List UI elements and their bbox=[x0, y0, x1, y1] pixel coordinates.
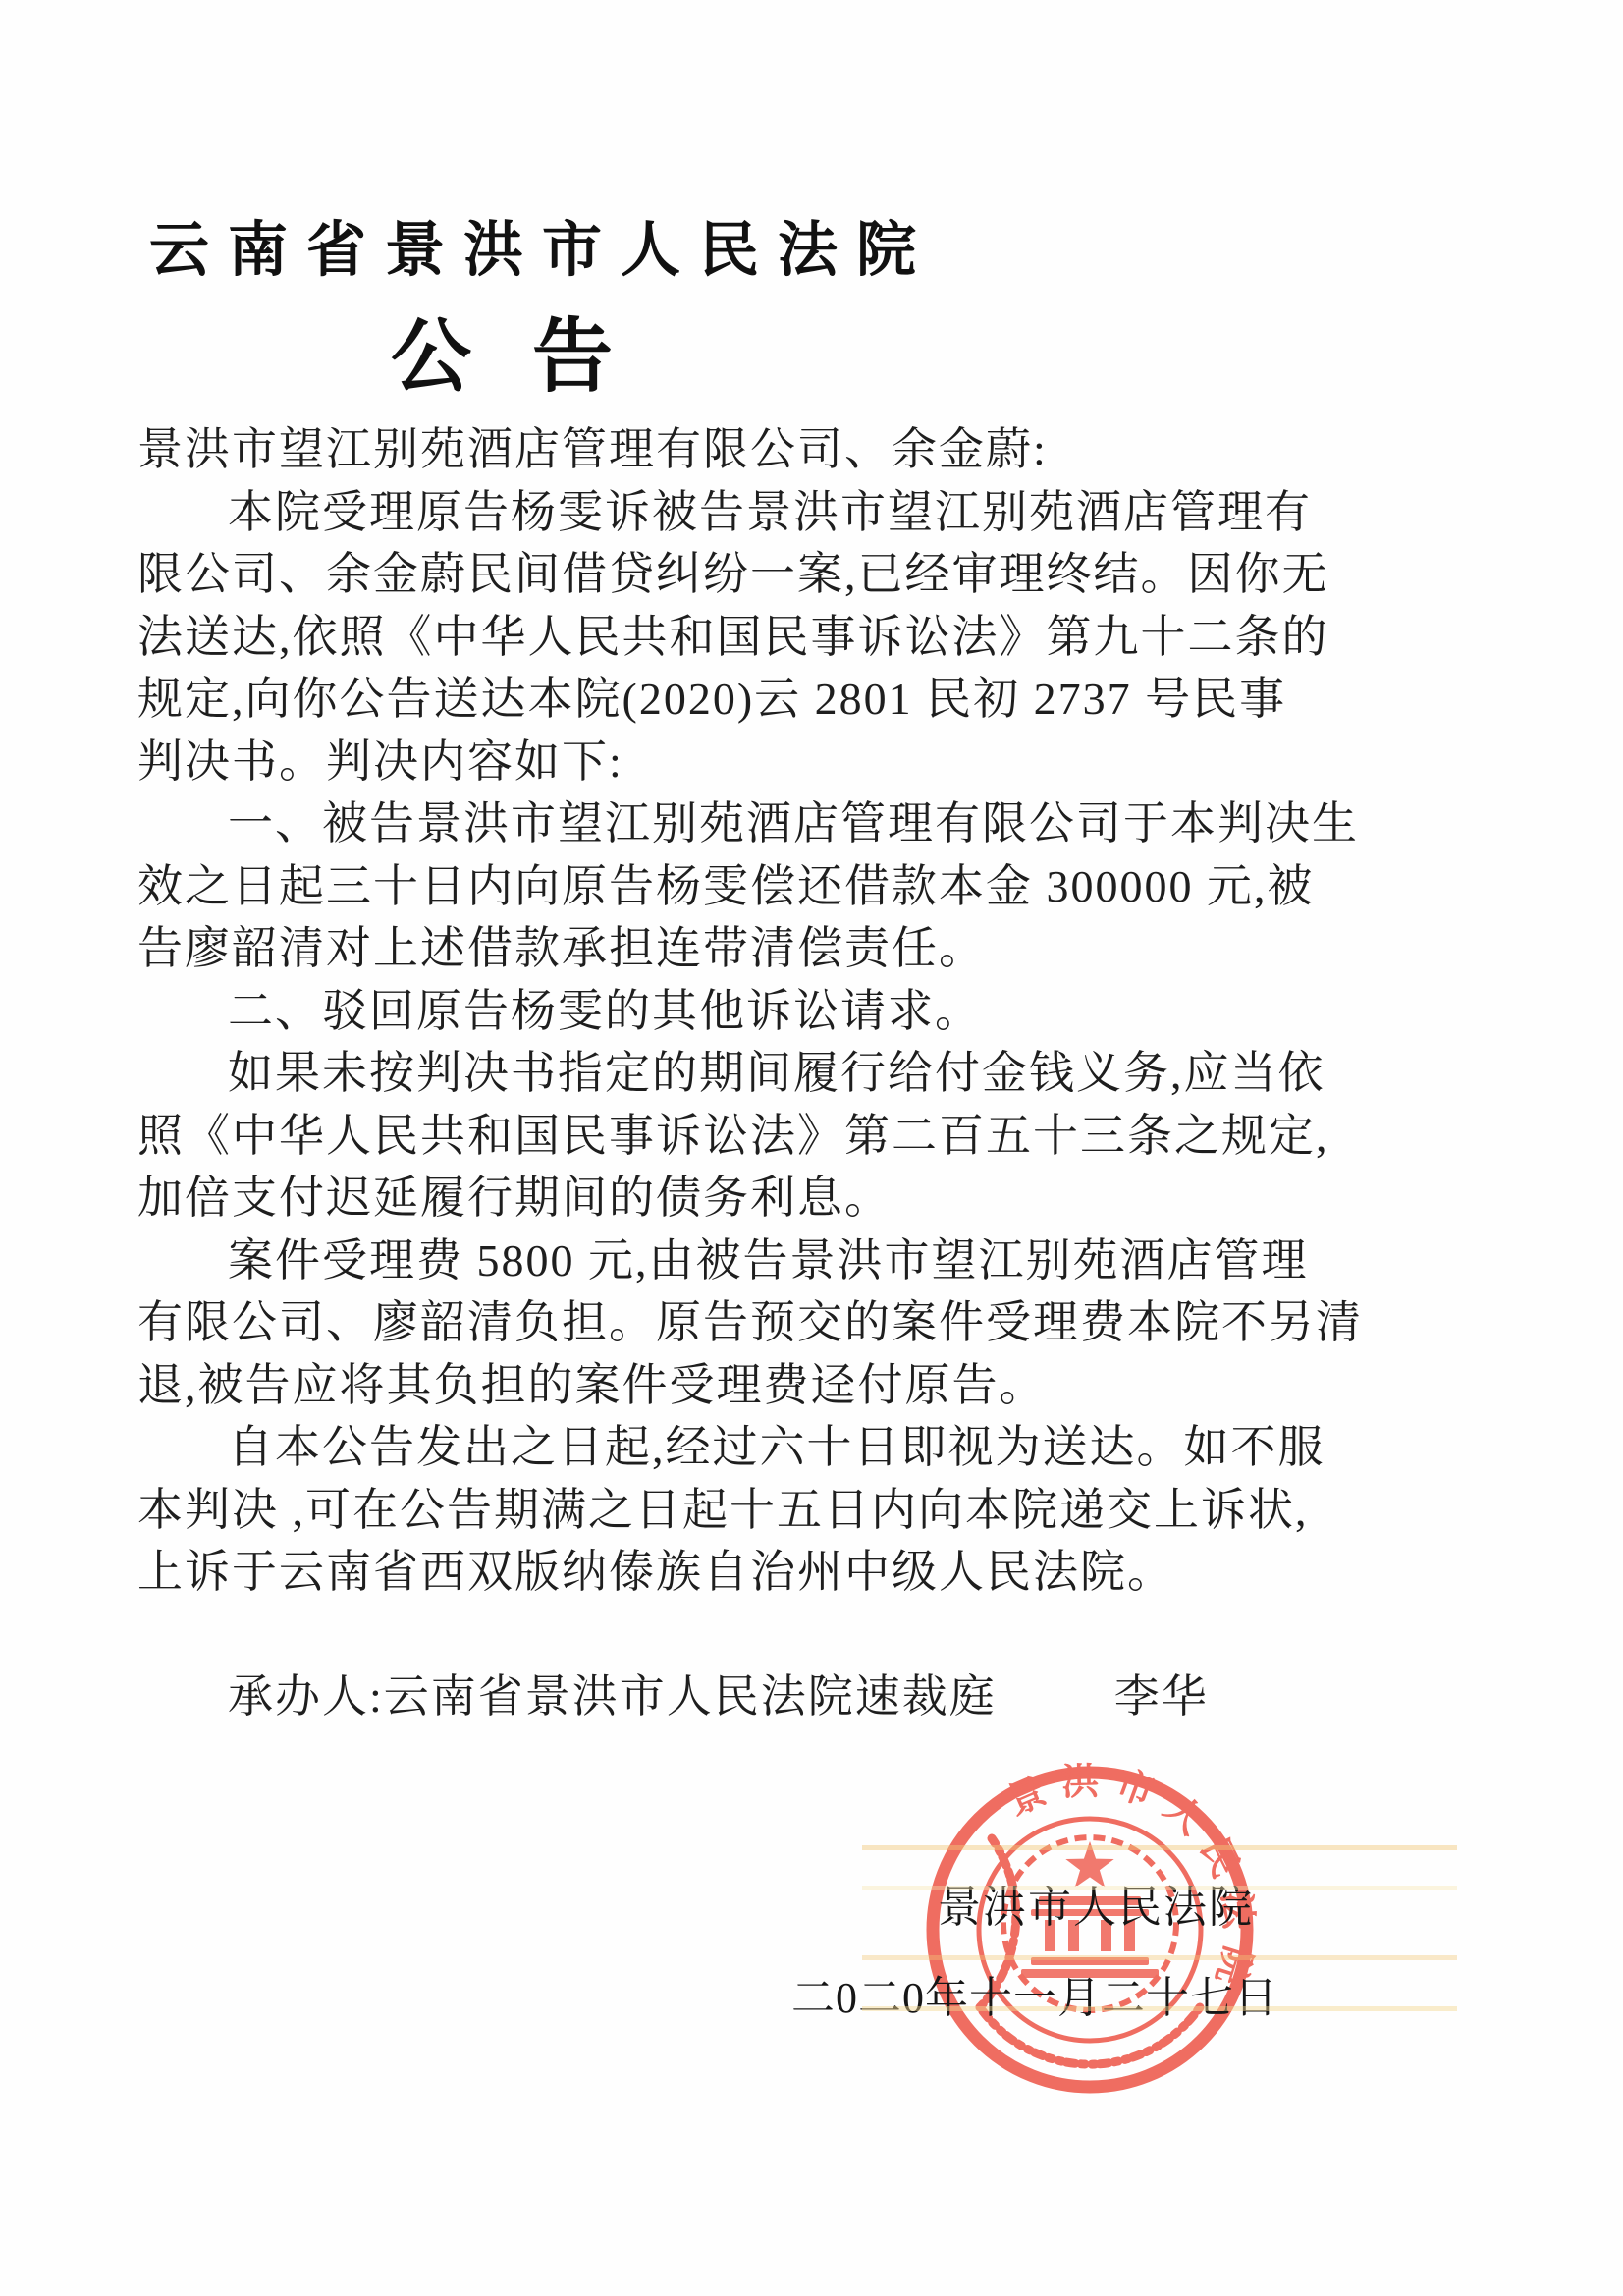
body-line: 如果未按判决书指定的期间履行给付金钱义务,应当依 bbox=[137, 1042, 1286, 1105]
notice-title: 公告 bbox=[391, 293, 674, 408]
body-line: 限公司、余金蔚民间借贷纠纷一案,已经审理终结。因你无 bbox=[137, 543, 1286, 606]
undertaker-label: 承办人:云南省景洪市人民法院速裁庭 bbox=[228, 1671, 997, 1722]
blank-line bbox=[137, 1604, 1286, 1667]
body-line: 二、驳回原告杨雯的其他诉讼请求。 bbox=[137, 980, 1286, 1043]
body-line: 退,被告应将其负担的案件受理费迳付原告。 bbox=[137, 1354, 1286, 1417]
body-line: 景洪市望江别苑酒店管理有限公司、余金蔚: bbox=[137, 418, 1286, 481]
body-line: 判决书。判决内容如下: bbox=[137, 731, 1286, 793]
signature-court-name: 景洪市人民法院 bbox=[938, 1872, 1254, 1935]
body-line: 自本公告发出之日起,经过六十日即视为送达。如不服 bbox=[137, 1416, 1286, 1479]
body-line: 告廖韶清对上述借款承担连带清偿责任。 bbox=[137, 917, 1286, 980]
body-line: 上诉于云南省西双版纳傣族自治州中级人民法院。 bbox=[137, 1541, 1286, 1604]
notice-body: 景洪市望江别苑酒店管理有限公司、余金蔚: 本院受理原告杨雯诉被告景洪市望江别苑酒… bbox=[137, 418, 1286, 1728]
body-line: 案件受理费 5800 元,由被告景洪市望江别苑酒店管理 bbox=[137, 1230, 1286, 1292]
body-line: 照《中华人民共和国民事诉讼法》第二百五十三条之规定, bbox=[137, 1105, 1286, 1168]
body-line: 本院受理原告杨雯诉被告景洪市望江别苑酒店管理有 bbox=[137, 481, 1286, 544]
scanned-court-notice-page: 云南省景洪市人民法院 公告 景洪市望江别苑酒店管理有限公司、余金蔚: 本院受理原… bbox=[0, 0, 1623, 2296]
body-line: 加倍支付迟延履行期间的债务利息。 bbox=[137, 1167, 1286, 1230]
body-line: 本判决 ,可在公告期满之日起十五日内向本院递交上诉状, bbox=[137, 1479, 1286, 1542]
body-line: 一、被告景洪市望江别苑酒店管理有限公司于本判决生 bbox=[137, 793, 1286, 855]
body-line: 效之日起三十日内向原告杨雯偿还借款本金 300000 元,被 bbox=[137, 855, 1286, 918]
undertaker-line: 承办人:云南省景洪市人民法院速裁庭李华 bbox=[137, 1666, 1286, 1728]
body-line: 规定,向你公告送达本院(2020)云 2801 民初 2737 号民事 bbox=[137, 668, 1286, 731]
body-line: 法送达,依照《中华人民共和国民事诉讼法》第九十二条的 bbox=[137, 606, 1286, 669]
court-title: 云南省景洪市人民法院 bbox=[149, 202, 935, 288]
body-line: 有限公司、廖韶清负担。原告预交的案件受理费本院不另清 bbox=[137, 1291, 1286, 1354]
undertaker-name: 李华 bbox=[1114, 1671, 1209, 1722]
signature-date: 二0二0年十一月二十七日 bbox=[791, 1962, 1278, 2025]
